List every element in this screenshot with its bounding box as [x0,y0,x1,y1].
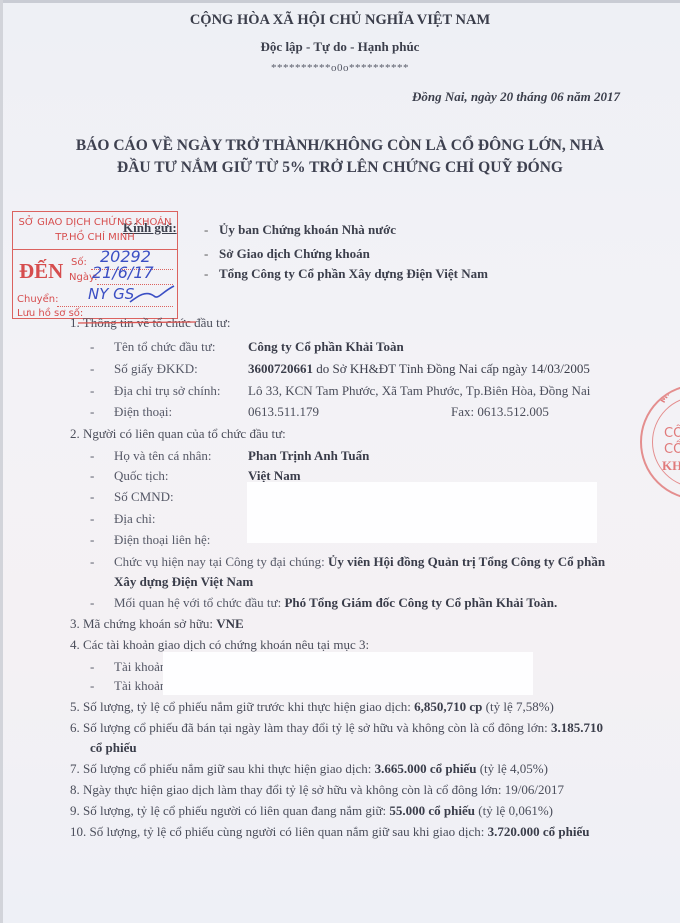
field-label: Địa chỉ: [114,511,156,527]
head-office-address: Lô 33, KCN Tam Phước, Xã Tam Phước, Tp.B… [248,383,590,399]
document-page: CỘNG HÒA XÃ HỘI CHỦ NGHĨA VIỆT NAM Độc l… [0,0,680,923]
bullet-dash: - [90,404,94,420]
bullet-dash: - [90,448,94,464]
item-7-label: 7. Số lượng cổ phiếu nắm giữ sau khi thự… [70,761,375,776]
bullet-dash: - [90,554,94,570]
relation-line: Mối quan hệ với tổ chức đầu tư: Phó Tổng… [114,595,557,611]
header-separator: **********o0o********** [0,62,680,74]
field-label: Quốc tịch: [114,468,169,484]
relation-value: Phó Tổng Giám đốc Công ty Cổ phần Khải T… [284,595,557,610]
bullet-dash: - [90,511,94,527]
item-5: 5. Số lượng, tỷ lệ cổ phiếu nắm giữ trướ… [70,699,554,715]
bullet-dash: - [90,383,94,399]
stamp-chuyen-label: Chuyển: [17,294,58,305]
ratio-after: (tỷ lệ 4,05%) [476,761,547,776]
seal-line1: CÔ [664,426,680,441]
stamp-so-label: Số: [71,257,87,268]
bullet-dash: - [90,678,94,694]
bullet-dash: - [90,468,94,484]
item-9: 9. Số lượng, tỷ lệ cổ phiếu người có liê… [70,803,553,819]
bullet-dash: - [90,532,94,548]
field-label: Tên tổ chức đầu tư: [114,339,215,355]
country-name: CỘNG HÒA XÃ HỘI CHỦ NGHĨA VIỆT NAM [0,12,680,29]
shares-after: 3.665.000 cổ phiếu [375,761,477,776]
field-label: Điện thoại: [114,404,172,420]
bullet-dash: - [90,659,94,675]
recipient-item: Sở Giao dịch Chứng khoán [219,246,370,262]
section2-heading: 2. Người có liên quan của tổ chức đầu tư… [70,426,286,442]
scan-edge-top [0,0,680,3]
position-label: Chức vụ hiện nay tại Công ty đại chúng: [114,554,328,569]
handwritten-ngay: 21/6/17 [92,263,154,282]
redacted-personal-info [247,482,597,543]
national-motto: Độc lập - Tự do - Hạnh phúc [0,39,680,55]
stamp-org-line1: SỞ GIAO DỊCH CHỨNG KHOÁN [13,215,177,230]
place-date: Đồng Nai, ngày 20 tháng 06 năm 2017 [412,89,620,105]
seal-line2: CỔ [664,442,680,457]
phone-number: 0613.511.179 [248,404,319,420]
seal-line3: KH [662,458,680,474]
item-7: 7. Số lượng cổ phiếu nắm giữ sau khi thự… [70,761,548,777]
bullet-dash: - [204,246,208,262]
person-name: Phan Trịnh Anh Tuấn [248,448,369,464]
red-strike-line [78,318,198,328]
business-reg-value: 3600720661 do Sở KH&ĐT Tỉnh Đồng Nai cấp… [248,361,590,377]
stamp-header: SỞ GIAO DỊCH CHỨNG KHOÁN TP.HỒ CHÍ MINH [13,212,177,250]
item-5-label: 5. Số lượng, tỷ lệ cổ phiếu nắm giữ trướ… [70,699,414,714]
business-reg-number: 3600720661 [248,361,313,376]
field-label: Số giấy ĐKKD: [114,361,198,377]
item-8: 8. Ngày thực hiện giao dịch làm thay đổi… [70,782,564,798]
item-6-label: 6. Số lượng cổ phiếu đã bán tại ngày làm… [70,720,551,735]
fax-number: Fax: 0613.512.005 [451,404,549,420]
combined-shares-after: 3.720.000 cổ phiếu [488,824,590,839]
relation-label: Mối quan hệ với tổ chức đầu tư: [114,595,284,610]
investor-name: Công ty Cổ phần Khải Toàn [248,339,404,355]
recipient-item: Tổng Công ty Cổ phần Xây dựng Điện Việt … [219,266,488,282]
shares-sold: 3.185.710 [551,720,603,735]
field-label: Họ và tên cá nhân: [114,448,211,464]
company-seal: M.S.D.N: 360 CÔ CỔ KH TP.BIÊN H [640,384,680,500]
item-10: 10. Số lượng, tỷ lệ cổ phiếu cùng người … [70,824,589,840]
field-label: Địa chỉ trụ sở chính: [114,383,221,399]
bullet-dash: - [204,266,208,282]
stamp-den: ĐẾN [19,259,63,284]
bullet-dash: - [90,595,94,611]
bullet-dash: - [90,489,94,505]
shares-before: 6,850,710 cp [414,699,482,714]
related-shares: 55.000 cổ phiếu [389,803,475,818]
bullet-dash: - [90,339,94,355]
item-9-label: 9. Số lượng, tỷ lệ cổ phiếu người có liê… [70,803,389,818]
report-title-line1: BÁO CÁO VỀ NGÀY TRỞ THÀNH/KHÔNG CÒN LÀ C… [40,137,640,155]
position-value-cont: Xây dựng Điện Việt Nam [114,574,253,590]
shares-sold-unit: cổ phiếu [90,740,137,756]
recipient-item: Ủy ban Chứng khoán Nhà nước [219,222,396,238]
field-label: Số CMND: [114,489,174,505]
item-3: 3. Mã chứng khoán sở hữu: VNE [70,616,244,632]
stock-code: VNE [216,616,243,631]
position-value: Ủy viên Hội đồng Quản trị Tổng Công ty C… [328,554,605,569]
field-label: Điện thoại liên hệ: [114,532,210,548]
stamp-org-line2: TP.HỒ CHÍ MINH [13,230,177,245]
account-label: Tài khoản [114,659,166,675]
account-label: Tài khoản [114,678,166,694]
item-10-label: 10. Số lượng, tỷ lệ cổ phiếu cùng người … [70,824,488,839]
related-ratio: (tỷ lệ 0,061%) [475,803,553,818]
position-line: Chức vụ hiện nay tại Công ty đại chúng: … [114,554,605,570]
handwritten-signature-icon [128,282,176,306]
ratio-before: (tỷ lệ 7,58%) [482,699,553,714]
bullet-dash: - [204,222,208,238]
item-6: 6. Số lượng cổ phiếu đã bán tại ngày làm… [70,720,603,736]
redacted-accounts [163,652,533,695]
report-title-line2: ĐẦU TƯ NẮM GIỮ TỪ 5% TRỞ LÊN CHỨNG CHỈ Q… [40,159,640,177]
bullet-dash: - [90,361,94,377]
item-3-label: 3. Mã chứng khoán sở hữu: [70,616,216,631]
scan-edge-left [0,0,3,923]
item-4: 4. Các tài khoản giao dịch có chứng khoá… [70,637,369,653]
business-reg-detail: do Sở KH&ĐT Tỉnh Đồng Nai cấp ngày 14/03… [313,361,590,376]
